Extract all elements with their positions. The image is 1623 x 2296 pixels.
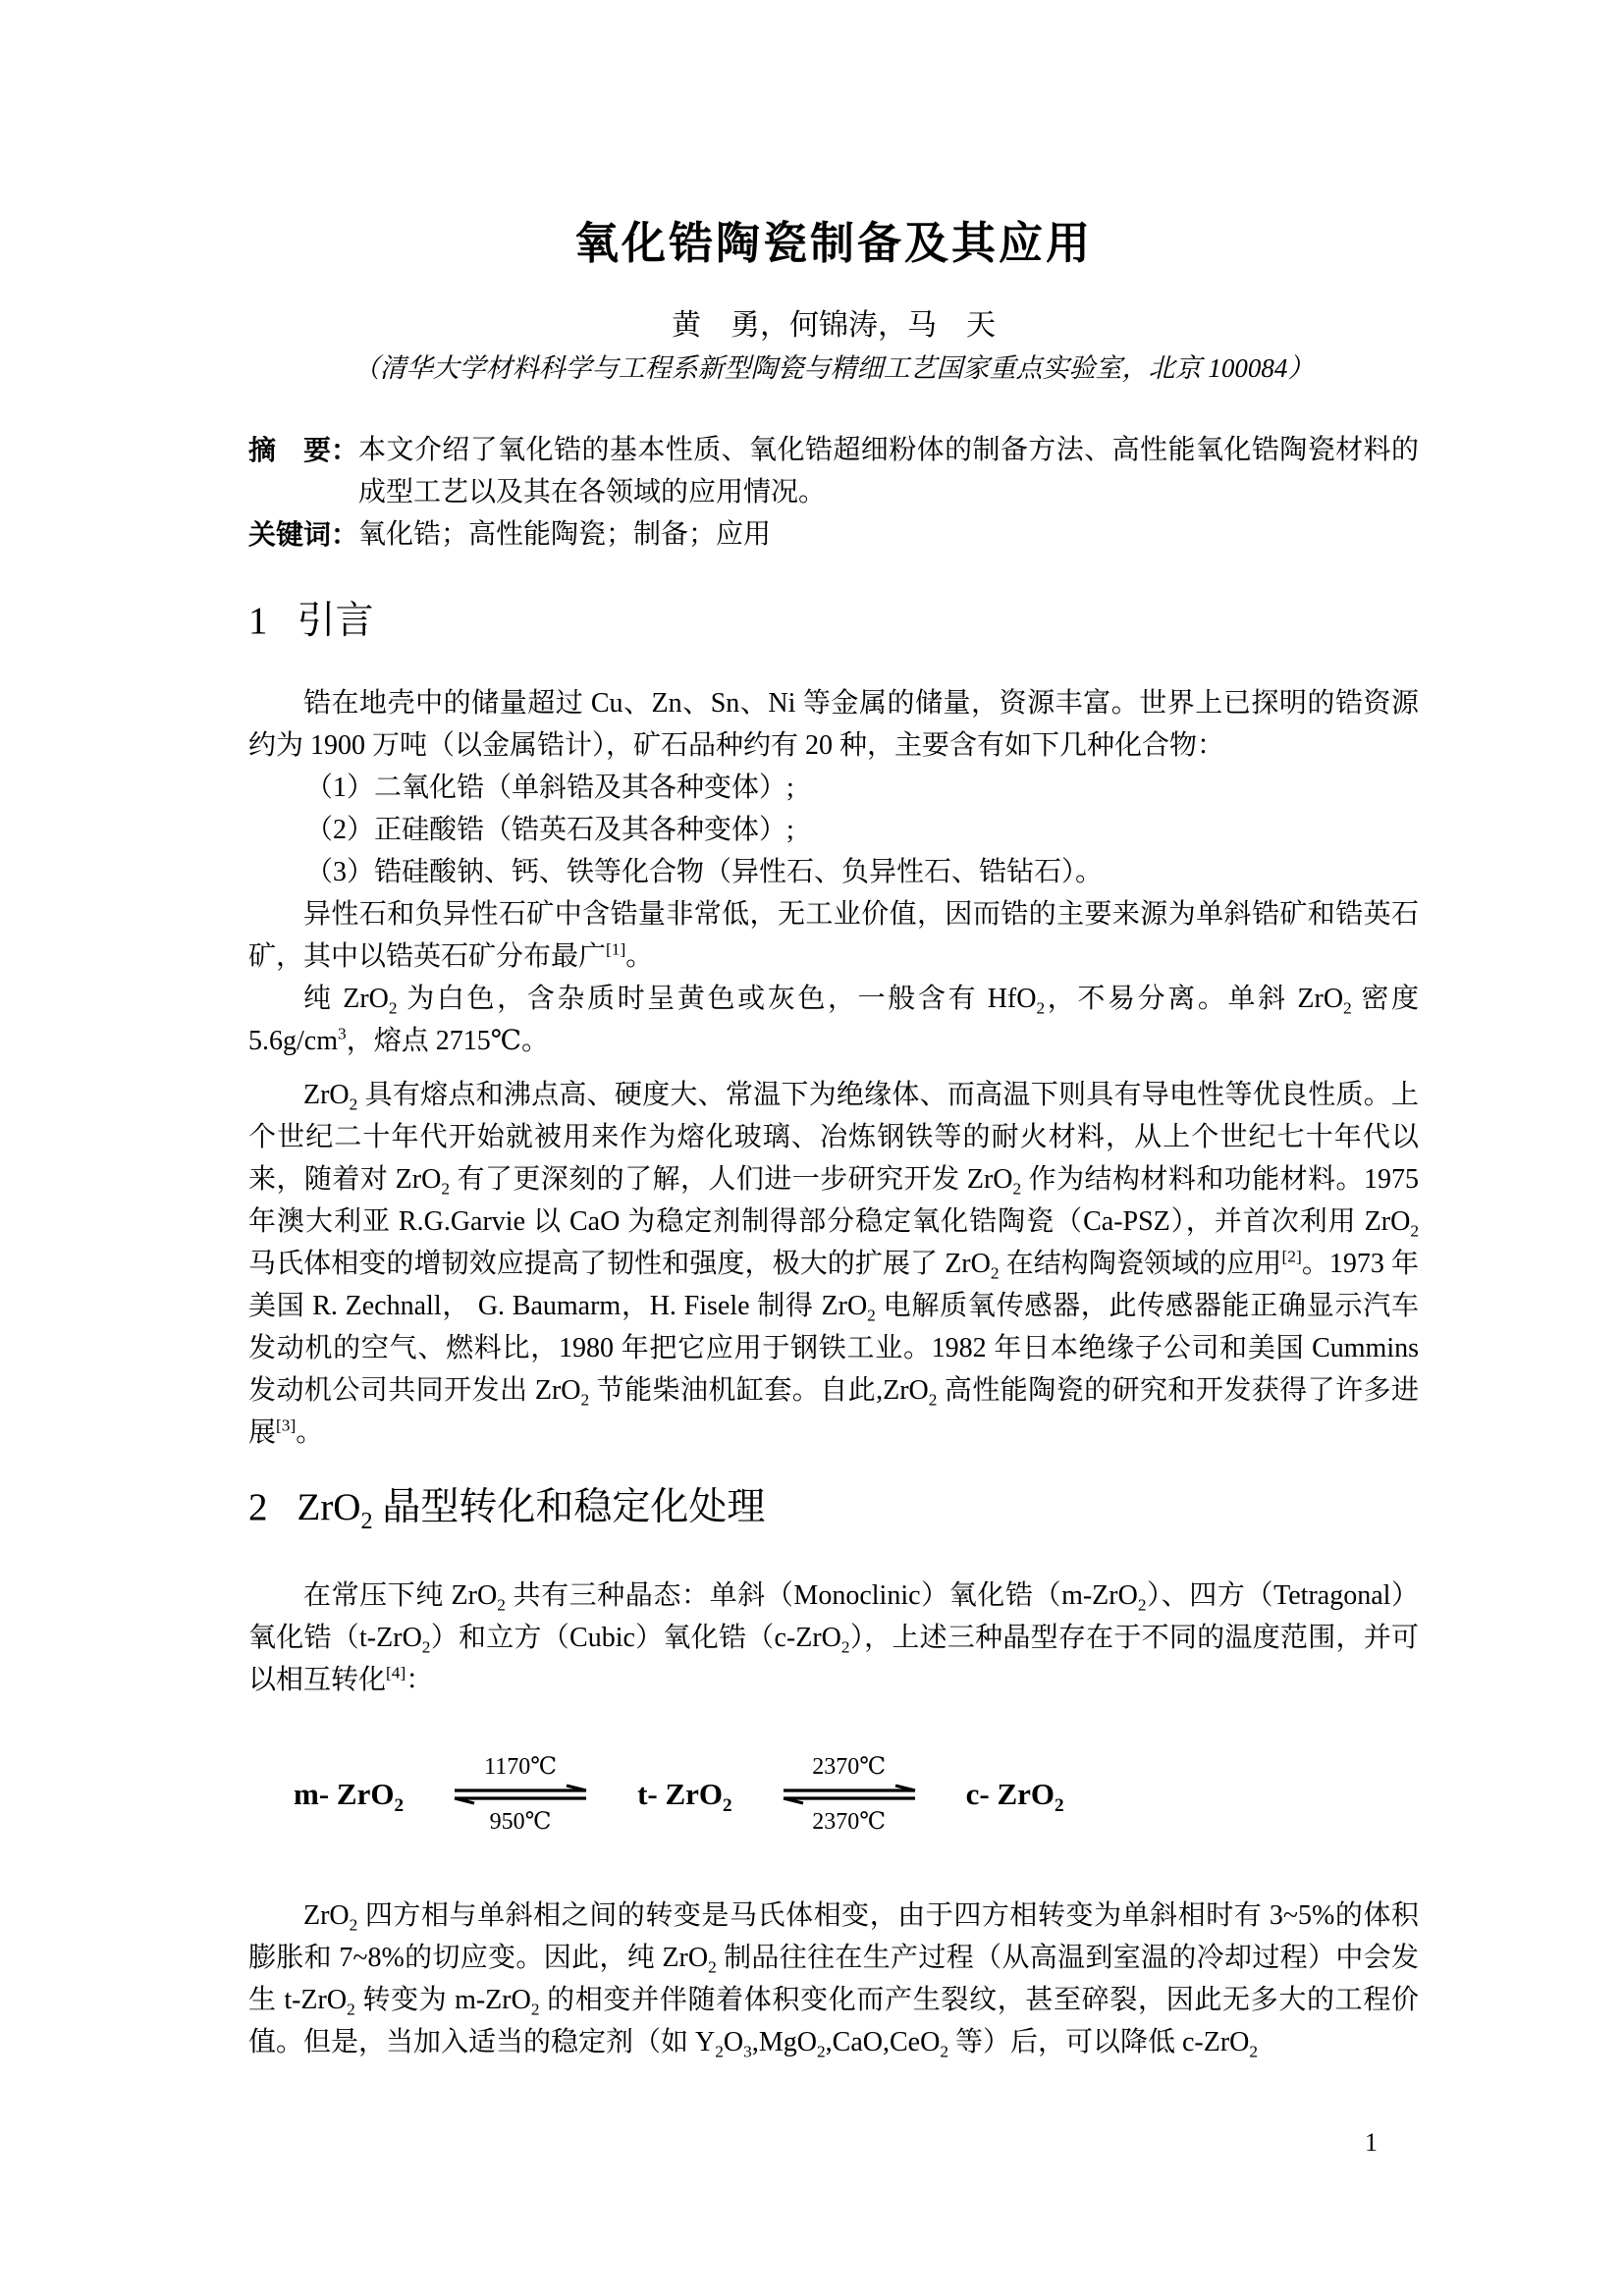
paragraph-crystal-forms: 在常压下纯 ZrO2 共有三种晶态：单斜（Monoclinic）氧化锆（m-Zr… <box>248 1575 1419 1701</box>
section-1-heading: 1引言 <box>248 597 1419 647</box>
abstract-text: 本文介绍了氧化锆的基本性质、氧化锆超细粉体的制备方法、高性能氧化锆陶瓷材料的成型… <box>358 429 1419 513</box>
authors-line: 黄 勇，何锦涛，马 天 <box>248 308 1419 344</box>
species-t-zro2: t- ZrO2 <box>637 1777 732 1812</box>
keywords-text: 氧化锆；高性能陶瓷；制备；应用 <box>358 513 771 556</box>
phase-transformation-diagram: m- ZrO2 1170℃ 950℃ t- ZrO2 2370℃ 2370℃ c… <box>294 1754 1419 1836</box>
page-title: 氧化锆陶瓷制备及其应用 <box>248 216 1419 271</box>
paragraph-history: ZrO2 具有熔点和沸点高、硬度大、常温下为绝缘体、而高温下则具有导电性等优良性… <box>248 1074 1419 1454</box>
temperature-forward-2: 2370℃ <box>812 1754 886 1780</box>
page-number: 1 <box>1365 2128 1378 2158</box>
temperature-reverse-1: 950℃ <box>490 1809 552 1835</box>
paragraph-properties-color: 纯 ZrO2 为白色，含杂质时呈黄色或灰色，一般含有 HfO2，不易分离。单斜 … <box>248 978 1419 1062</box>
section-2-number: 2 <box>248 1486 268 1528</box>
equilibrium-arrow-1: 1170℃ 950℃ <box>447 1754 594 1836</box>
section-2-heading: 2ZrO2 晶型转化和稳定化处理 <box>248 1483 1419 1533</box>
equilibrium-arrow-2: 2370℃ 2370℃ <box>776 1754 923 1836</box>
species-c-zro2: c- ZrO2 <box>966 1777 1064 1812</box>
paragraph-ore-sources: 异性石和负异性石矿中含锆量非常低，无工业价值，因而锆的主要来源为单斜锆矿和锆英石… <box>248 893 1419 978</box>
paragraph-intro: 锆在地壳中的储量超过 Cu、Zn、Sn、Ni 等金属的储量，资源丰富。世界上已探… <box>248 682 1419 767</box>
list-item: （3）锆硅酸钠、钙、铁等化合物（异性石、负异性石、锆钻石）。 <box>248 851 1419 893</box>
temperature-reverse-2: 2370℃ <box>812 1809 886 1835</box>
list-item: （2）正硅酸锆（锆英石及其各种变体）; <box>248 809 1419 851</box>
paragraph-martensitic: ZrO2 四方相与单斜相之间的转变是马氏体相变，由于四方相转变为单斜相时有 3~… <box>248 1895 1419 2063</box>
affiliation-line: （清华大学材料科学与工程系新型陶瓷与精细工艺国家重点实验室，北京 100084） <box>248 351 1419 386</box>
abstract-block: 摘 要： 本文介绍了氧化锆的基本性质、氧化锆超细粉体的制备方法、高性能氧化锆陶瓷… <box>248 429 1419 513</box>
species-m-zro2: m- ZrO2 <box>294 1777 404 1812</box>
page-content: 氧化锆陶瓷制备及其应用 黄 勇，何锦涛，马 天 （清华大学材料科学与工程系新型陶… <box>0 0 1623 2063</box>
section-1-title: 引言 <box>298 600 374 642</box>
list-item: （1）二氧化锆（单斜锆及其各种变体）; <box>248 767 1419 809</box>
abstract-label: 摘 要： <box>248 429 358 471</box>
equilibrium-arrow-icon <box>447 1784 594 1805</box>
section-2-title: ZrO2 晶型转化和稳定化处理 <box>298 1486 766 1528</box>
equilibrium-arrow-icon <box>776 1784 923 1805</box>
keywords-label: 关键词： <box>248 513 358 556</box>
temperature-forward-1: 1170℃ <box>484 1754 557 1780</box>
document-page: 氧化锆陶瓷制备及其应用 黄 勇，何锦涛，马 天 （清华大学材料科学与工程系新型陶… <box>0 0 1623 2296</box>
keywords-block: 关键词： 氧化锆；高性能陶瓷；制备；应用 <box>248 513 1419 556</box>
section-1-number: 1 <box>248 600 268 642</box>
